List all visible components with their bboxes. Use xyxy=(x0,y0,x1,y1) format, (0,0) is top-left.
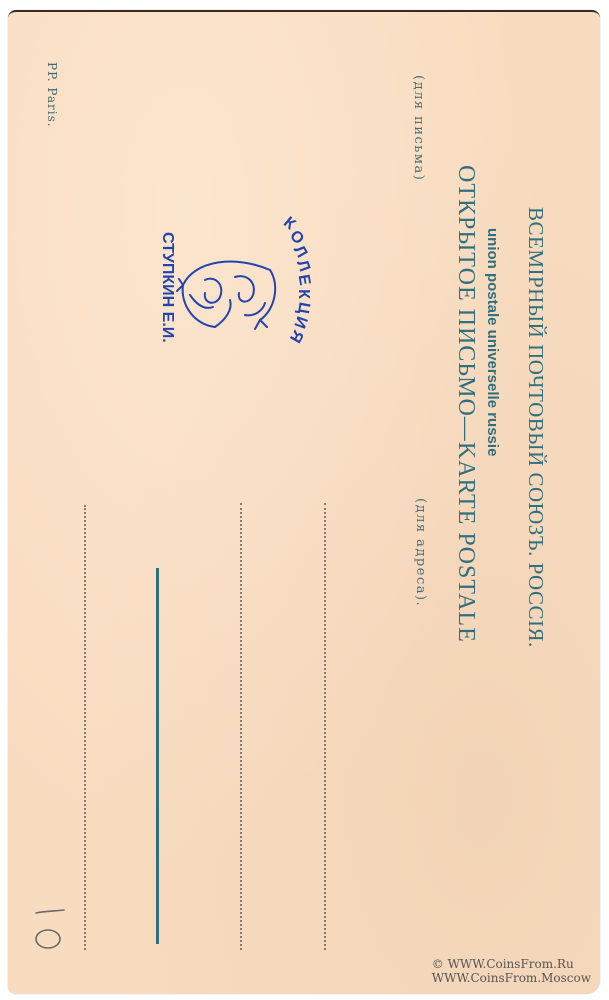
postcard-back xyxy=(8,10,600,994)
label-for-letter: (для письма) xyxy=(412,75,425,181)
watermark-line-2: WWW.CoinsFrom.Moscow xyxy=(432,972,591,986)
stamp-arc-letter: К xyxy=(294,289,312,299)
watermark: © WWW.CoinsFrom.Ru WWW.CoinsFrom.Moscow xyxy=(432,958,591,986)
header-union-postale: union postale universelle russie xyxy=(485,228,500,456)
address-line-dotted xyxy=(84,505,86,950)
postcard-title: ОТКРЫТОЕ ПИСЬМО—KARTE POSTALE xyxy=(454,165,478,643)
label-for-address: (для адреса). xyxy=(414,498,427,607)
watermark-line-1: © WWW.CoinsFrom.Ru xyxy=(432,958,591,972)
header-universal-postal-union: ВСЕМІРНЫЙ ПОЧТОВЫЙ СОЮЗЪ. РОССІЯ. xyxy=(525,207,546,648)
address-line-dotted xyxy=(324,503,326,950)
address-line-solid xyxy=(156,568,159,944)
stamp-ornament-icon xyxy=(175,255,285,335)
stamp-arc-letter: Ц xyxy=(293,301,313,316)
address-line-dotted xyxy=(240,503,242,950)
publisher-mark: PP. Paris. xyxy=(46,62,58,128)
stamp-owner-name: СТУПКИН Е.И. xyxy=(159,232,175,343)
handwritten-number-10 xyxy=(32,905,72,955)
